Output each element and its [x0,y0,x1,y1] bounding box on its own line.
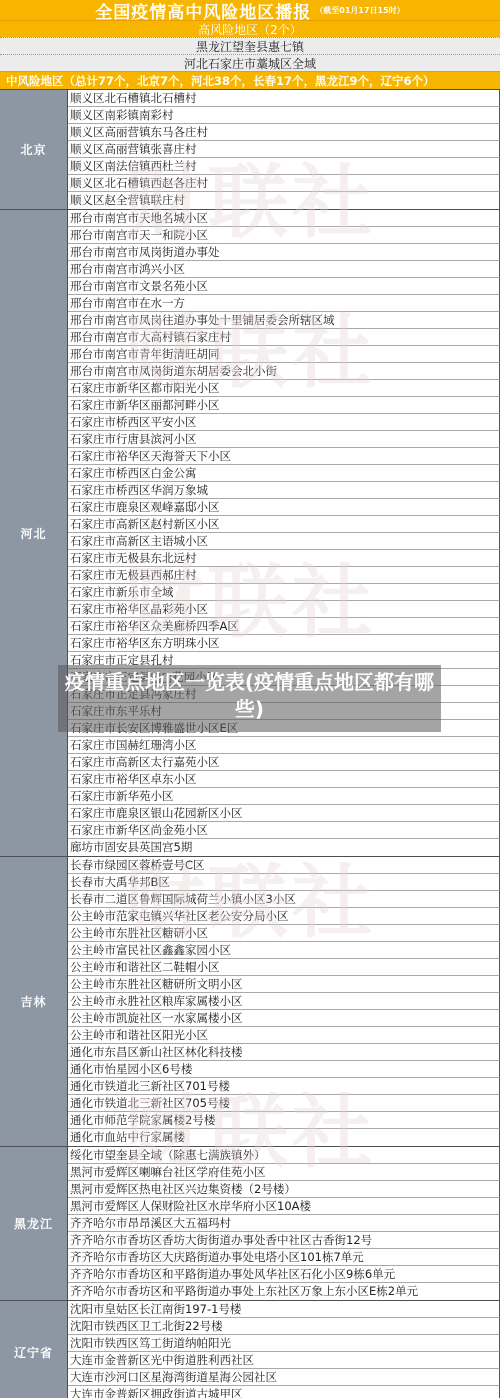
area-row: 公主岭市凯旋社区一水家属楼小区 [68,1010,500,1027]
area-row: 石家庄市国赫红珊湾小区 [68,737,500,754]
area-row: 长春市大禹华邦B区 [68,874,500,891]
area-row: 沈阳市铁西区笃工街道纳帕阳光 [68,1335,500,1352]
area-row: 石家庄市裕华区众美廊桥四季A区 [68,618,500,635]
area-row: 齐齐哈尔市昂昂溪区大五福玛村 [68,1215,500,1232]
region-group: 吉林长春市绿园区蓉桥壹号C区长春市大禹华邦B区长春市二道区鲁辉国际城荷兰小镇小区… [0,856,500,1146]
high-risk-header: 高风险地区（2个） [0,20,500,37]
area-row: 大连市沙河口区星海湾街道星海公园社区 [68,1369,500,1386]
area-row: 邢台市南宫市凤岗往道办事处十里铺居委会所辖区域 [68,312,500,329]
area-row: 石家庄市裕华区东方明珠小区 [68,635,500,652]
area-row: 公主岭市和谐社区阳光小区 [68,1027,500,1044]
area-row: 顺义区北石槽镇北石槽村 [68,90,500,107]
area-row: 邢台市南宫市凤岗街道东胡居委会北小街 [68,363,500,380]
area-row: 齐齐哈尔市香坊区大庆路街道办事处电塔小区101栋7单元 [68,1249,500,1266]
area-row: 石家庄市行唐县滨河小区 [68,431,500,448]
high-risk-row: 黑龙江望奎县惠七镇 [0,37,500,54]
region-rows: 绥化市望奎县全域（除惠七满族镇外）黑河市爱辉区喇嘛台社区学府佳苑小区黑河市爱辉区… [68,1147,500,1300]
area-row: 石家庄市新华苑小区 [68,788,500,805]
area-row: 石家庄市裕华区晶彩苑小区 [68,601,500,618]
area-row: 邢台市南宫市文景名苑小区 [68,278,500,295]
area-row: 石家庄市高新区赵村新区小区 [68,516,500,533]
area-row: 公主岭市东胜社区糖研所文明小区 [68,976,500,993]
area-row: 顺义区北石槽镇西赵各庄村 [68,175,500,192]
area-row: 齐齐哈尔市香坊区和平路街道办事处上东社区万象上东小区E栋2单元 [68,1283,500,1300]
region-rows: 长春市绿园区蓉桥壹号C区长春市大禹华邦B区长春市二道区鲁辉国际城荷兰小镇小区3小… [68,857,500,1146]
region-rows: 沈阳市皇姑区长江南街197-1号楼沈阳市铁西区卫工北街22号楼沈阳市铁西区笃工街… [68,1301,500,1398]
area-row: 石家庄市无极县西郝庄村 [68,567,500,584]
area-row: 石家庄市高新区太行嘉苑小区 [68,754,500,771]
area-row: 石家庄市鹿泉区观峰嘉邸小区 [68,499,500,516]
area-row: 邢台市南宫市天一和院小区 [68,227,500,244]
area-row: 黑河市爱辉区喇嘛台社区学府佳苑小区 [68,1164,500,1181]
area-row: 大连市金普新区光中街道胜利西社区 [68,1352,500,1369]
area-row: 公主岭市和谐社区二鞋帽小区 [68,959,500,976]
area-row: 通化市东昌区新山社区林化科技楼 [68,1044,500,1061]
area-row: 黑河市爱辉区热电社区兴边集资楼（2号楼） [68,1181,500,1198]
area-row: 石家庄市无极县东北远村 [68,550,500,567]
area-row: 石家庄市高新区主语城小区 [68,533,500,550]
area-row: 石家庄市新华区尚金苑小区 [68,822,500,839]
area-row: 通化市铁道北三新社区701号楼 [68,1078,500,1095]
area-row: 通化市铁道北三新社区705号楼 [68,1095,500,1112]
area-row: 廊坊市固安县英国宫5期 [68,839,500,856]
medium-risk-groups: 北京顺义区北石槽镇北石槽村顺义区南彩镇南彩村顺义区高丽营镇东马各庄村顺义区高丽营… [0,89,500,1398]
overlay-caption: 疫情重点地区一览表(疫情重点地区都有哪些) [58,665,441,732]
region-label: 黑龙江 [0,1147,68,1300]
area-row: 邢台市南宫市鸿兴小区 [68,261,500,278]
area-row: 黑河市爱辉区人保财险社区水岸华府小区10A楼 [68,1198,500,1215]
area-row: 邢台市南宫市凤岗街道办事处 [68,244,500,261]
area-row: 公主岭市范家屯镇兴华社区老公安分局小区 [68,908,500,925]
region-label: 河北 [0,210,68,856]
region-label: 辽宁省 [0,1301,68,1398]
area-row: 齐齐哈尔市香坊区和平路街道办事处风华社区石化小区9栋6单元 [68,1266,500,1283]
area-row: 顺义区赵全营镇联庄村 [68,192,500,209]
area-row: 长春市二道区鲁辉国际城荷兰小镇小区3小区 [68,891,500,908]
region-group: 黑龙江绥化市望奎县全域（除惠七满族镇外）黑河市爱辉区喇嘛台社区学府佳苑小区黑河市… [0,1146,500,1300]
sheet-title: 全国疫情高中风险地区播报 （截至01月17日15时） [0,0,500,20]
area-row: 石家庄市桥西区华润万象城 [68,482,500,499]
region-label: 吉林 [0,857,68,1146]
area-row: 通化市血站中行家属楼 [68,1129,500,1146]
area-row: 公主岭市永胜社区粮库家属楼小区 [68,993,500,1010]
area-row: 顺义区高丽营镇张喜庄村 [68,141,500,158]
medium-risk-header: 中风险地区（总计77个，北京7个，河北38个，长春17个，黑龙江9个，辽宁6个） [0,71,500,89]
area-row: 顺义区南法信镇西杜兰村 [68,158,500,175]
area-row: 齐齐哈尔市香坊区香坊大街街道办事处香中社区古香街12号 [68,1232,500,1249]
area-row: 石家庄市鹿泉区银山花园新区小区 [68,805,500,822]
region-group: 北京顺义区北石槽镇北石槽村顺义区南彩镇南彩村顺义区高丽营镇东马各庄村顺义区高丽营… [0,89,500,209]
area-row: 绥化市望奎县全域（除惠七满族镇外） [68,1147,500,1164]
region-rows: 邢台市南宫市天地名城小区邢台市南宫市天一和院小区邢台市南宫市凤岗街道办事处邢台市… [68,210,500,856]
area-row: 石家庄市新乐市全域 [68,584,500,601]
area-row: 公主岭市东胜社区糖研小区 [68,925,500,942]
title-main: 全国疫情高中风险地区播报 [95,0,311,20]
area-row: 顺义区南彩镇南彩村 [68,107,500,124]
title-timestamp: （截至01月17日15时） [315,5,404,16]
area-row: 沈阳市皇姑区长江南街197-1号楼 [68,1301,500,1318]
area-row: 长春市绿园区蓉桥壹号C区 [68,857,500,874]
area-row: 大连市金普新区拥政街道古城甲区 [68,1386,500,1398]
area-row: 石家庄市桥西区白金公寓 [68,465,500,482]
region-group: 辽宁省沈阳市皇姑区长江南街197-1号楼沈阳市铁西区卫工北街22号楼沈阳市铁西区… [0,1300,500,1398]
area-row: 邢台市南宫市大高村镇石家庄村 [68,329,500,346]
area-row: 通化市师范学院家属楼2号楼 [68,1112,500,1129]
area-row: 公主岭市富民社区鑫鑫家园小区 [68,942,500,959]
area-row: 石家庄市裕华区卓东小区 [68,771,500,788]
region-rows: 顺义区北石槽镇北石槽村顺义区南彩镇南彩村顺义区高丽营镇东马各庄村顺义区高丽营镇张… [68,90,500,209]
region-label: 北京 [0,90,68,209]
area-row: 石家庄市桥西区平安小区 [68,414,500,431]
area-row: 石家庄市裕华区天海誉天下小区 [68,448,500,465]
area-row: 邢台市南宫市青年街清旺胡同 [68,346,500,363]
area-row: 石家庄市新华区丽都河畔小区 [68,397,500,414]
area-row: 沈阳市铁西区卫工北街22号楼 [68,1318,500,1335]
area-row: 石家庄市新华区都市阳光小区 [68,380,500,397]
region-group: 河北邢台市南宫市天地名城小区邢台市南宫市天一和院小区邢台市南宫市凤岗街道办事处邢… [0,209,500,856]
area-row: 顺义区高丽营镇东马各庄村 [68,124,500,141]
high-risk-row: 河北石家庄市藁城区全域 [0,54,500,71]
area-row: 邢台市南宫市天地名城小区 [68,210,500,227]
area-row: 邢台市南宫市在水一方 [68,295,500,312]
area-row: 通化市怡星园小区6号楼 [68,1061,500,1078]
